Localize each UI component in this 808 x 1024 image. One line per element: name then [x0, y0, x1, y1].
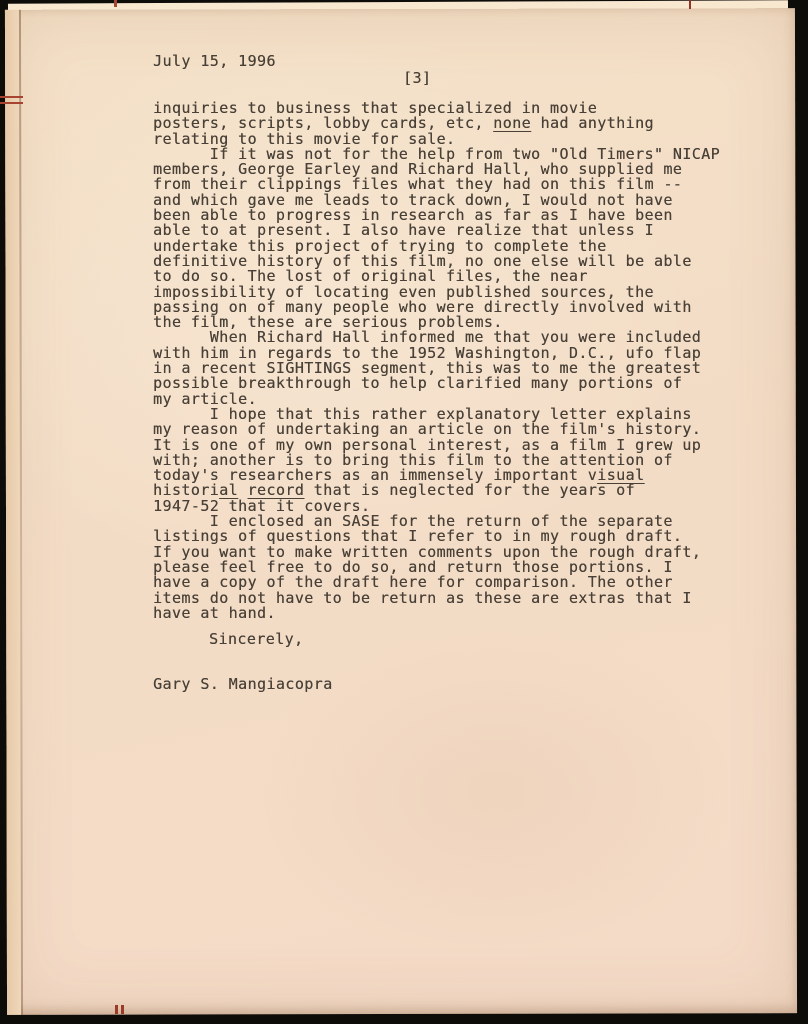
red-tick-top-right — [689, 0, 691, 9]
red-tick-top-left — [114, 0, 117, 7]
letter-body: inquiries to business that specialized i… — [153, 101, 720, 621]
page-number: [3] — [403, 71, 431, 86]
letter-date: July 15, 1996 — [153, 54, 276, 69]
red-tick-bottom-2 — [121, 1005, 124, 1014]
letter-closing: Sincerely, — [209, 632, 304, 647]
letter-signature: Gary S. Mangiacopra — [153, 677, 333, 692]
scan-background: { "colors": { "background": "#0e0c09", "… — [0, 0, 808, 1024]
red-tick-bottom-1 — [115, 1005, 118, 1014]
red-registration-mark-left-bottom — [0, 102, 23, 104]
red-registration-mark-left-top — [0, 96, 23, 98]
body-line: have at hand. — [153, 606, 720, 621]
